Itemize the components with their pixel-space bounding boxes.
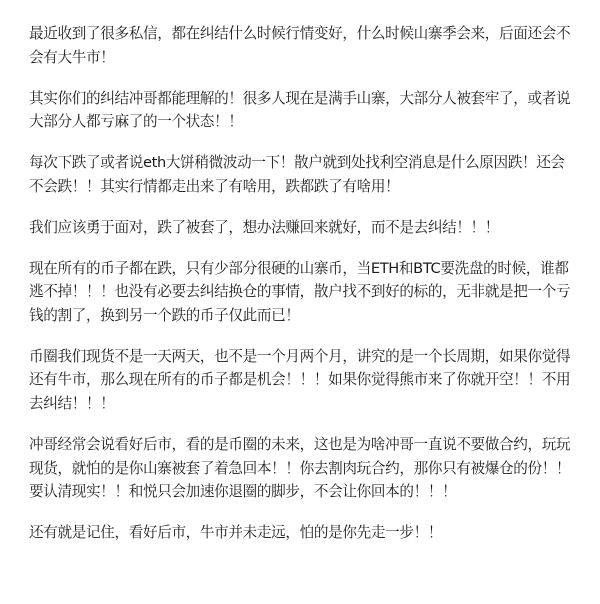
paragraph-understanding: 其实你们的纠结冲哥都能理解的！很多人现在是满手山寨，大部分人被套牢了，或者说大部… [29,87,577,134]
paragraph-face-it: 我们应该勇于面对，跌了被套了，想办法赚回来就好，而不是去纠结！！！ [29,216,577,240]
paragraph-long-cycle: 币圈我们现货不是一天两天，也不是一个月两个月，讲究的是一个长周期，如果你觉得还有… [29,345,577,416]
paragraph-no-contracts: 冲哥经常会说看好后市，看的是币圈的未来，这也是为啥冲哥一直说不要做合约，玩玩现货… [29,433,577,504]
paragraph-closing: 还有就是记住，看好后市，牛市并未走远，怕的是你先走一步！！ [29,521,577,545]
paragraph-private-messages: 最近收到了很多私信，都在纠结什么时候行情变好，什么时候山寨季会来，后面还会不会有… [29,22,577,69]
paragraph-panic-on-drop: 每次下跌了或者说eth大饼稍微波动一下！散户就到处找利空消息是什么原因跌！还会不… [29,151,577,198]
article-body: 最近收到了很多私信，都在纠结什么时候行情变好，什么时候山寨季会来，后面还会不会有… [29,22,577,562]
paragraph-all-coins-falling: 现在所有的币子都在跌，只有少部分很硬的山寨币，当ETH和BTC要洗盘的时候，谁都… [29,257,577,328]
